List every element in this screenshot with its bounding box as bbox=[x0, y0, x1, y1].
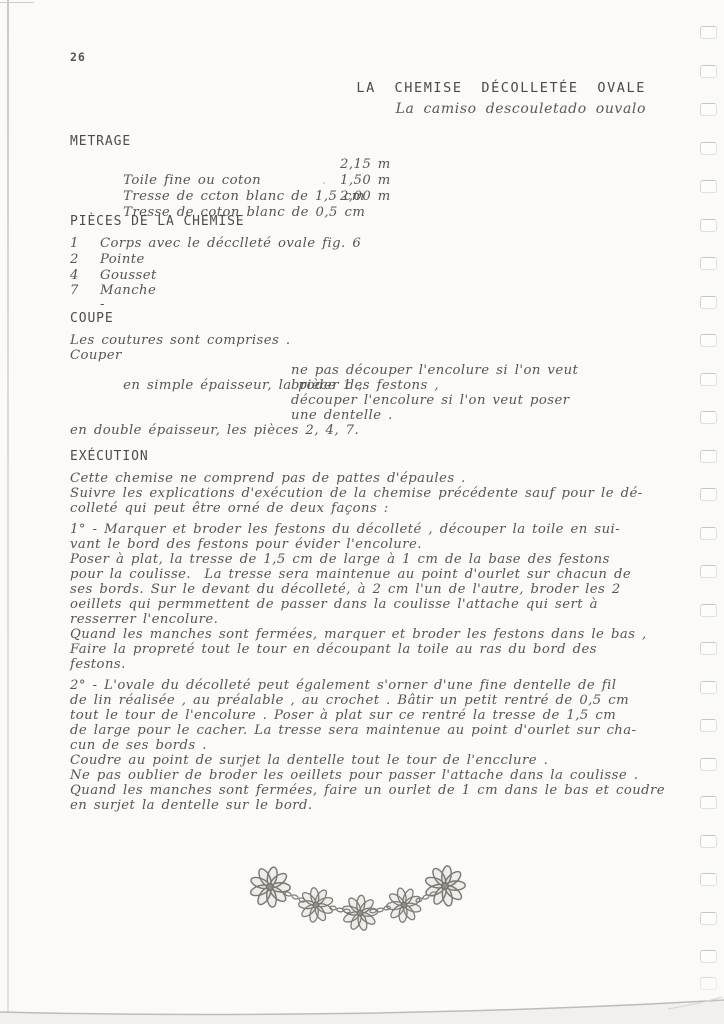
paper-left-edge bbox=[7, 0, 9, 1024]
item-label: Gousset bbox=[100, 268, 157, 284]
list-item: 1 Corps avec le décclleté ovale fig. 6 bbox=[70, 236, 658, 252]
binding-hole bbox=[700, 565, 717, 578]
binding-hole bbox=[700, 103, 717, 116]
binding-hole bbox=[700, 142, 717, 155]
text-line: colleté qui peut être orné de deux façon… bbox=[70, 501, 658, 516]
text-line: de lin réalisée , au préalable , au croc… bbox=[70, 693, 658, 708]
execution-step-2: 2° - L'ovale du décolleté peut également… bbox=[70, 678, 658, 813]
text-line: de large pour le cacher. La tresse sera … bbox=[70, 723, 658, 738]
binding-hole bbox=[700, 296, 717, 309]
item-number: 4 bbox=[70, 268, 100, 284]
section-execution: EXÉCUTION Cette chemise ne comprend pas … bbox=[70, 449, 658, 813]
coupe-text: Les coutures sont comprises . Couper en … bbox=[70, 333, 658, 438]
binding-hole bbox=[700, 835, 717, 848]
binding-hole bbox=[700, 758, 717, 771]
text-line: ses bords. Sur le devant du décolleté, à… bbox=[70, 582, 658, 597]
text-line: pour la coulisse. La tresse sera mainten… bbox=[70, 567, 658, 582]
binding-hole bbox=[700, 180, 717, 193]
metrage-row: Tresse de coton blanc de 0,5 cm 2,00 m bbox=[70, 189, 658, 205]
text-line: Couper bbox=[70, 348, 658, 363]
list-item: 2 Pointe bbox=[70, 252, 658, 268]
binding-hole bbox=[700, 257, 717, 270]
binding-hole bbox=[700, 373, 717, 386]
text-line: Quand les manches sont fermées, marquer … bbox=[70, 627, 658, 642]
item-label: Manche bbox=[100, 283, 156, 299]
metrage-heading: METRAGE bbox=[70, 134, 658, 149]
text-line: oeillets qui permmettent de passer dans … bbox=[70, 597, 658, 612]
list-item: 7 Manche bbox=[70, 283, 658, 299]
binding-hole bbox=[700, 219, 717, 232]
text-line: Ne pas oublier de broder les oeillets po… bbox=[70, 768, 658, 783]
text-line: cun de ses bords . bbox=[70, 738, 658, 753]
item-number: 2 bbox=[70, 252, 100, 268]
execution-intro: Cette chemise ne comprend pas de pattes … bbox=[70, 471, 658, 516]
pieces-list: 1 Corps avec le décclleté ovale fig. 6 2… bbox=[70, 236, 658, 313]
binding-hole bbox=[700, 873, 717, 886]
item-label: Corps avec le décclleté ovale fig. 6 bbox=[100, 236, 361, 252]
text-line: 1° - Marquer et broder les festons du dé… bbox=[70, 522, 658, 537]
text-line: tout le tour de l'encolure . Poser à pla… bbox=[70, 708, 658, 723]
binding-hole bbox=[700, 977, 717, 990]
paper-bottom-edge bbox=[0, 996, 724, 1024]
text-line: en double épaisseur, les pièces 2, 4, 7. bbox=[70, 423, 658, 438]
page-title: LA CHEMISE DÉCOLLETÉE OVALE bbox=[356, 80, 646, 96]
binding-hole bbox=[700, 527, 717, 540]
page-number: 26 bbox=[70, 50, 86, 64]
list-item: 4 Gousset bbox=[70, 268, 658, 284]
title-block: LA CHEMISE DÉCOLLETÉE OVALE La camiso de… bbox=[356, 80, 646, 117]
binding-hole bbox=[700, 912, 717, 925]
binding-hole bbox=[700, 450, 717, 463]
text-line: vant le bord des festons pour évider l'e… bbox=[70, 537, 658, 552]
text-line: Quand les manches sont fermées, faire un… bbox=[70, 783, 658, 798]
text-line: festons. bbox=[70, 657, 658, 672]
metrage-value: 2,00 m bbox=[340, 189, 391, 205]
metrage-value: 2,15 m bbox=[340, 157, 391, 173]
text-line: Suivre les explications d'exécution de l… bbox=[70, 486, 658, 501]
item-label: Pointe bbox=[100, 252, 145, 268]
text-line: Les coutures sont comprises . bbox=[70, 333, 658, 348]
binding-hole bbox=[700, 681, 717, 694]
item-number: 1 bbox=[70, 236, 100, 252]
coupe-heading: COUPE bbox=[70, 311, 658, 326]
text-line: resserrer l'encolure. bbox=[70, 612, 658, 627]
binding-hole bbox=[700, 334, 717, 347]
text-line: Coudre au point de surjet la dentelle to… bbox=[70, 753, 658, 768]
daisy-garland-ornament bbox=[236, 861, 482, 935]
binding-hole bbox=[700, 604, 717, 617]
paper-top-edge bbox=[0, 2, 34, 3]
page-subtitle: La camiso descouletado ouvalo bbox=[356, 101, 646, 117]
text-line: en surjet la dentelle sur le bord. bbox=[70, 798, 658, 813]
text-line: découper l'encolure si l'on veut poser bbox=[70, 393, 658, 408]
split-right: ne pas découper l'encolure si l'on veut bbox=[291, 363, 578, 378]
binding-hole bbox=[700, 950, 717, 963]
binding-hole bbox=[700, 411, 717, 424]
metrage-row: Toile fine ou coton 2,15 m bbox=[70, 157, 658, 173]
pieces-heading: PIÈCES DE LA CHEMISE bbox=[70, 214, 658, 229]
text-line: 2° - L'ovale du décolleté peut également… bbox=[70, 678, 658, 693]
split-left: en simple épaisseur, la pièce 1 , bbox=[123, 378, 363, 393]
metrage-row: Tresse de ccton blanc de 1,5 cm . 1,50 m bbox=[70, 173, 658, 189]
execution-heading: EXÉCUTION bbox=[70, 449, 658, 464]
item-number: 7 bbox=[70, 283, 100, 299]
text-line: Poser à plat, la tresse de 1,5 cm de lar… bbox=[70, 552, 658, 567]
text-line: Cette chemise ne comprend pas de pattes … bbox=[70, 471, 658, 486]
section-pieces: PIÈCES DE LA CHEMISE 1 Corps avec le déc… bbox=[70, 214, 658, 313]
metrage-value: 1,50 m bbox=[340, 173, 391, 189]
binding-hole bbox=[700, 719, 717, 732]
metrage-table: Toile fine ou coton 2,15 m Tresse de cct… bbox=[70, 157, 658, 205]
text-line: une dentelle . bbox=[70, 408, 658, 423]
section-coupe: COUPE Les coutures sont comprises . Coup… bbox=[70, 311, 658, 438]
binding-hole bbox=[700, 488, 717, 501]
section-metrage: METRAGE Toile fine ou coton 2,15 m Tress… bbox=[70, 134, 658, 205]
binding-hole bbox=[700, 642, 717, 655]
execution-step-1: 1° - Marquer et broder les festons du dé… bbox=[70, 522, 658, 672]
document-page: 26 LA CHEMISE DÉCOLLETÉE OVALE La camiso… bbox=[0, 0, 724, 1024]
binding-hole bbox=[700, 796, 717, 809]
binding-hole bbox=[700, 26, 717, 39]
stray-mark: . bbox=[322, 173, 327, 189]
binding-hole bbox=[700, 65, 717, 78]
text-line: Faire la propreté tout le tour en découp… bbox=[70, 642, 658, 657]
text-line: en simple épaisseur, la pièce 1 , ne pas… bbox=[70, 363, 658, 378]
